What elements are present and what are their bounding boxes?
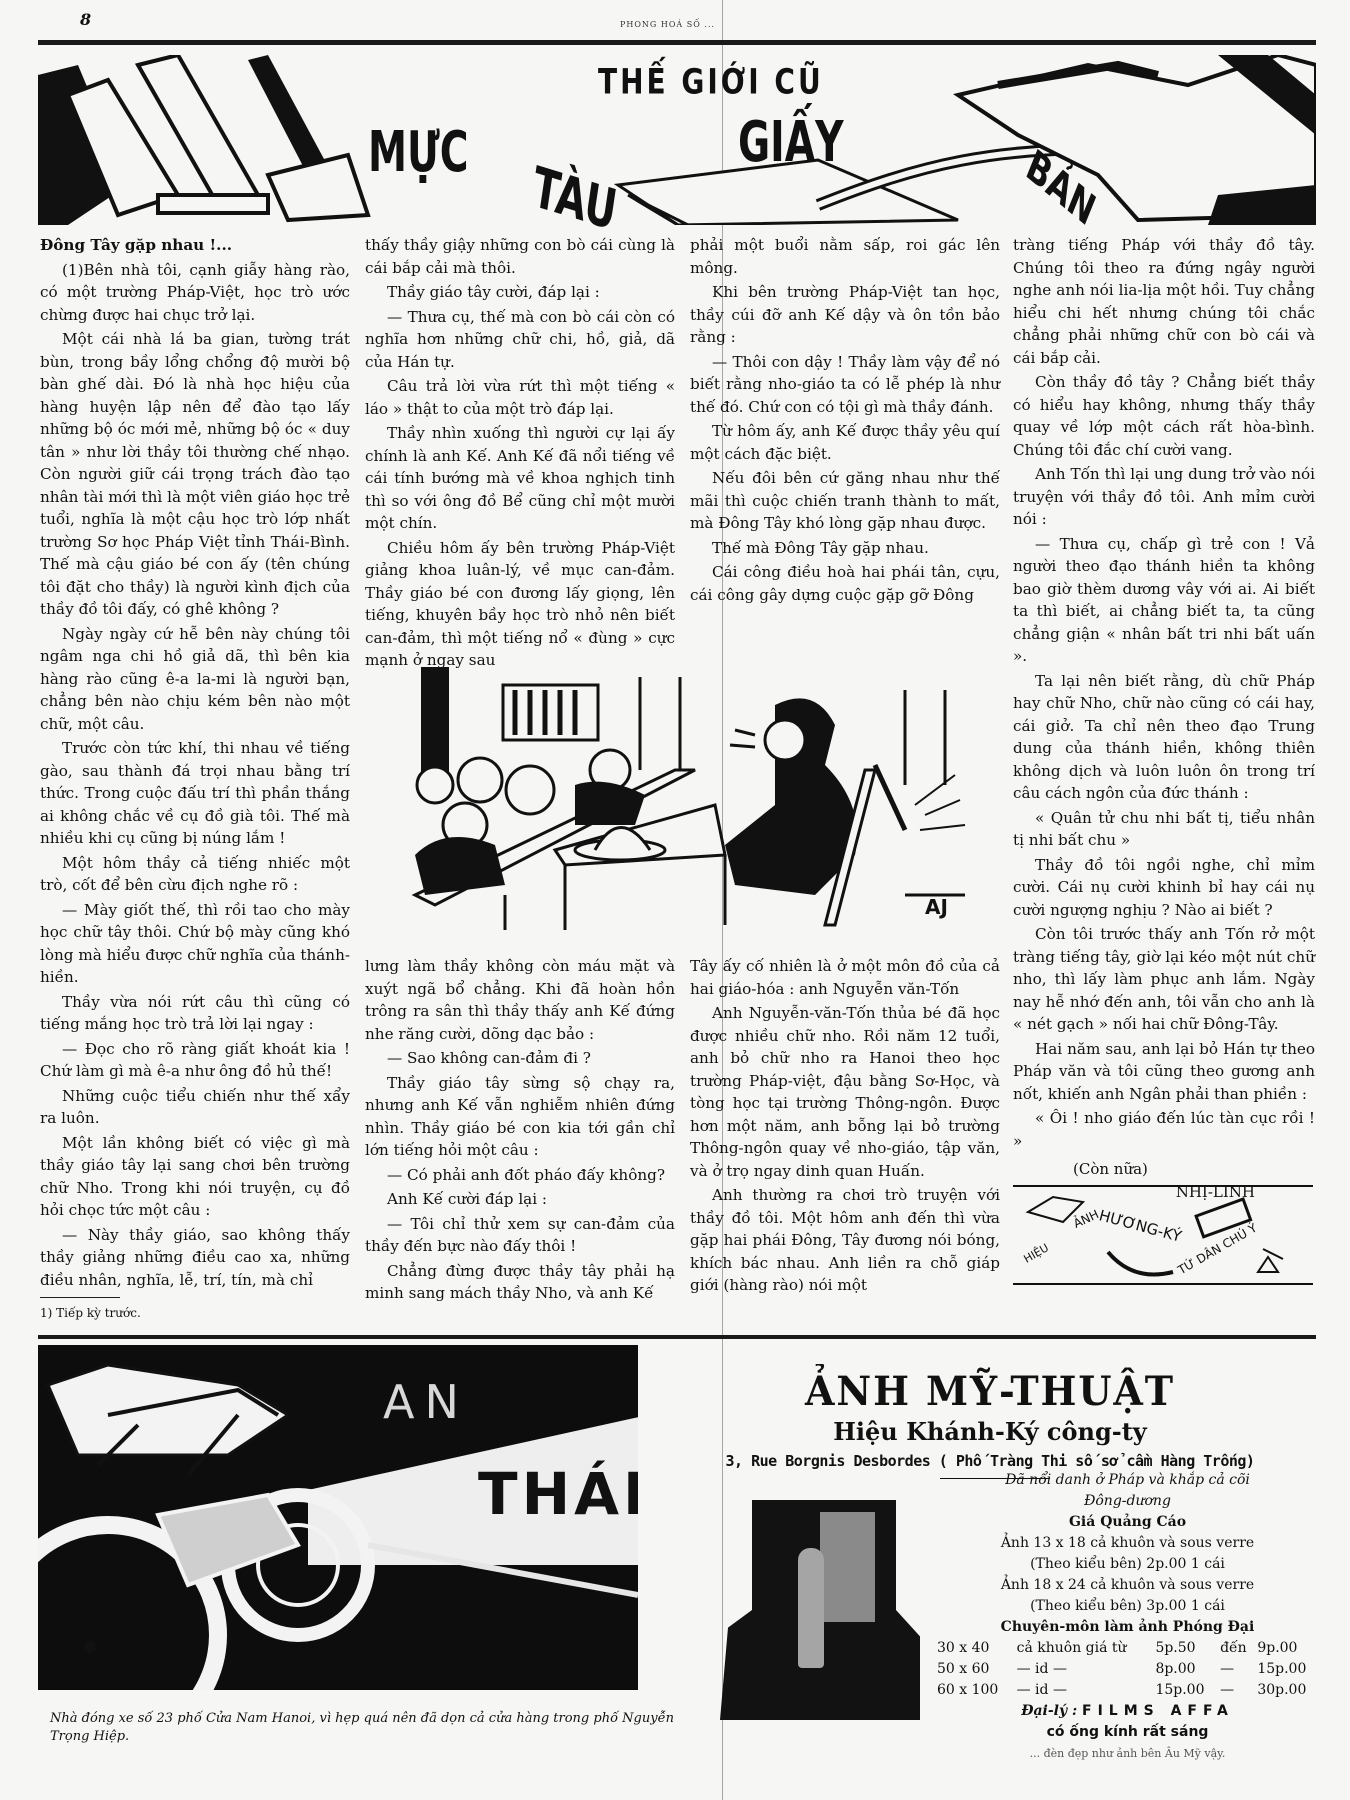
table-row: 60 x 100 — id — 15p.00 — 30p.00: [935, 1680, 1320, 1701]
agent-label: Đại-lý :: [1021, 1703, 1077, 1719]
size-cell: 60 x 100: [935, 1680, 1015, 1701]
studio-subtitle: Hiệu Khánh-Ký công-ty: [660, 1417, 1320, 1446]
running-head: PHONG HOÁ SỐ ...: [620, 20, 715, 29]
offer-2-line-2: (Theo kiểu bên) 3p.00 1 cái: [935, 1596, 1320, 1617]
enlargement-price-table: 30 x 40 cả khuôn giá từ 5p.50 đến 9p.00 …: [935, 1638, 1320, 1701]
classroom-cartoon: AJ: [395, 655, 995, 945]
paragraph: (1)Bên nhà tôi, cạnh giẫy hàng rào, có m…: [40, 259, 350, 327]
paragraph: Câu trả lời vừa rứt thì một tiếng « láo …: [365, 375, 675, 420]
paragraph: — Thưa cụ, thế mà con bò cái còn có nghĩ…: [365, 306, 675, 374]
article-column-2: thấy thầy giậy những con bò cái cùng là …: [365, 234, 675, 674]
paragraph: — Sao không can-đảm đi ?: [365, 1047, 675, 1070]
studio-pricing: Đã nổi danh ở Pháp và khắp cả cõi Đông-d…: [935, 1470, 1320, 1764]
footnote: 1) Tiếp kỳ trước.: [40, 1302, 350, 1325]
quotation: « Quân tử chu nhi bất tị, tiểu nhân tị n…: [1013, 807, 1315, 852]
paragraph: — Thưa cụ, chấp gì trẻ con ! Vả người th…: [1013, 533, 1315, 668]
studio-address: 3, Rue Borgnis Desbordes ( Phố Tràng Thi…: [660, 1452, 1320, 1470]
paragraph: Ta lại nên biết rằng, dù chữ Pháp hay ch…: [1013, 670, 1315, 805]
paragraph: Anh Tốn thì lại ung dung trở vào nói tru…: [1013, 463, 1315, 531]
paragraph: — Có phải anh đốt pháo đấy không?: [365, 1164, 675, 1187]
paragraph: — Tôi chỉ thử xem sự can-đảm của thầy đế…: [365, 1213, 675, 1258]
article-heading: Đông Tây gặp nhau !...: [40, 234, 350, 257]
ad-word-thai: THÁI: [478, 1460, 638, 1528]
paragraph: Một cái nhà lá ba gian, tường trát bùn, …: [40, 328, 350, 621]
agent-line: Đại-lý : FILMS AFFA: [935, 1701, 1320, 1722]
paragraph: — Này thầy giáo, sao không thấy thầy giả…: [40, 1224, 350, 1292]
article-column-4: tràng tiếng Pháp với thầy đồ tây. Chúng …: [1013, 234, 1315, 1203]
offer-1-line-1: Ảnh 13 x 18 cả khuôn và sous verre: [935, 1533, 1320, 1554]
paragraph: Thầy vừa nói rứt câu thì cũng có tiếng m…: [40, 991, 350, 1036]
top-rule: [38, 40, 1316, 45]
classroom-cartoon-illustration: [395, 655, 995, 945]
sample-portrait-photo: [720, 1500, 920, 1720]
section-divider: [38, 1335, 1316, 1339]
paragraph: Những cuộc tiểu chiến như thế xẩy ra luô…: [40, 1085, 350, 1130]
photo-window: [820, 1512, 875, 1622]
paragraph: Còn thầy đồ tây ? Chẳng biết thầy có hiể…: [1013, 371, 1315, 461]
agent-name: FILMS AFFA: [1082, 1703, 1234, 1719]
paragraph: Chiều hôm ấy bên trường Pháp-Việt giảng …: [365, 537, 675, 672]
paragraph: — Đọc cho rõ ràng giất khoát kia ! Chứ l…: [40, 1038, 350, 1083]
paragraph: Trước còn tức khí, thi nhau về tiếng gào…: [40, 737, 350, 850]
paragraph: Một hôm thầy cả tiếng nhiếc một trò, cốt…: [40, 852, 350, 897]
price-to-cell: 30p.00: [1255, 1680, 1320, 1701]
paragraph: Khi bên trường Pháp-Việt tan học, thầy c…: [690, 281, 1000, 349]
rickshaw-ad-caption: Nhà đóng xe số 23 phố Cửa Nam Hanoi, vì …: [50, 1710, 690, 1746]
desc-cell: — id —: [1015, 1680, 1154, 1701]
sep-cell: —: [1218, 1680, 1255, 1701]
footnote-divider: [40, 1297, 120, 1298]
paragraph: Thầy đồ tôi ngồi nghe, chỉ mỉm cười. Cái…: [1013, 854, 1315, 922]
tagline-region: Đông-dương: [935, 1491, 1320, 1512]
paragraph: Anh Kế cười đáp lại :: [365, 1188, 675, 1211]
table-row: 50 x 60 — id — 8p.00 — 15p.00: [935, 1659, 1320, 1680]
paragraph: — Mày giốt thế, thì rồi tao cho mày học …: [40, 899, 350, 989]
desc-cell: cả khuôn giá từ: [1015, 1638, 1154, 1659]
paragraph: Anh thường ra chơi trò truyện với thầy đ…: [690, 1184, 1000, 1297]
paragraph: Anh Nguyễn-văn-Tốn thủa bé đã học được n…: [690, 1002, 1000, 1182]
paragraph: Từ hôm ấy, anh Kế được thầy yêu quí một …: [690, 420, 1000, 465]
sep-cell: —: [1218, 1659, 1255, 1680]
cartoonist-signature: AJ: [925, 895, 948, 919]
faint-footer-line: ... đèn đẹp như ảnh bên Âu Mỹ vậy.: [935, 1743, 1320, 1764]
size-cell: 50 x 60: [935, 1659, 1015, 1680]
paragraph: Nếu đôi bên cứ găng nhau như thế mãi thì…: [690, 467, 1000, 535]
paragraph: Thầy nhìn xuống thì người cự lại ấy chín…: [365, 422, 675, 535]
huong-ky-photo-ad: HIỆU ẢNH HƯƠNG-KÝ TỨ DÂN CHÚ Ý: [1013, 1185, 1313, 1285]
paragraph: Thế mà Đông Tây gặp nhau.: [690, 537, 1000, 560]
banner-kicker: THẾ GIỚI CŨ: [598, 61, 824, 102]
photo-figure: [798, 1548, 824, 1668]
paragraph: Tây ấy cố nhiên là ở một môn đồ của cả h…: [690, 955, 1000, 1000]
article-column-3: phải một buổi nằm sấp, roi gác lên mông.…: [690, 234, 1000, 608]
price-to-cell: 15p.00: [1255, 1659, 1320, 1680]
paragraph: tràng tiếng Pháp với thầy đồ tây. Chúng …: [1013, 234, 1315, 369]
price-to-cell: 9p.00: [1255, 1638, 1320, 1659]
continued-note: (Còn nữa): [1073, 1158, 1255, 1181]
article-column-2-continued: lưng làm thầy không còn máu mặt và xuýt …: [365, 955, 675, 1307]
paragraph: lưng làm thầy không còn máu mặt và xuýt …: [365, 955, 675, 1045]
paragraph: Còn tôi trước thấy anh Tốn rở một tràng …: [1013, 923, 1315, 1036]
article-column-3-continued: Tây ấy cố nhiên là ở một môn đồ của cả h…: [690, 955, 1000, 1299]
quotation: « Ôi ! nho giáo đến lúc tàn cục rồi ! »: [1013, 1107, 1315, 1152]
banner-word-muc: MỰC: [368, 120, 469, 185]
offer-2-line-1: Ảnh 18 x 24 cả khuôn và sous verre: [935, 1575, 1320, 1596]
paragraph: — Thôi con dậy ! Thầy làm vậy để nó biết…: [690, 351, 1000, 419]
an-thai-rickshaw-ad: AN THÁI: [38, 1345, 638, 1690]
article-column-1: Đông Tây gặp nhau !... (1)Bên nhà tôi, c…: [40, 234, 350, 1327]
offer-1-line-2: (Theo kiểu bên) 2p.00 1 cái: [935, 1554, 1320, 1575]
price-from-cell: 5p.50: [1153, 1638, 1218, 1659]
size-cell: 30 x 40: [935, 1638, 1015, 1659]
paragraph: phải một buổi nằm sấp, roi gác lên mông.: [690, 234, 1000, 279]
sep-cell: đến: [1218, 1638, 1255, 1659]
page-number: 8: [80, 10, 91, 29]
paragraph: Cái công điều hoà hai phái tân, cựu, cái…: [690, 561, 1000, 606]
banner-word-giay: GIẤY: [738, 110, 843, 175]
enlargement-heading: Chuyên-môn làm ảnh Phóng Đại: [935, 1617, 1320, 1638]
tagline: Đã nổi danh ở Pháp và khắp cả cõi: [935, 1470, 1320, 1491]
price-heading: Giá Quảng Cáo: [935, 1512, 1320, 1533]
lens-note: có ống kính rất sáng: [935, 1722, 1320, 1743]
paragraph: thấy thầy giậy những con bò cái cùng là …: [365, 234, 675, 279]
paragraph: Ngày ngày cứ hễ bên này chúng tôi ngâm n…: [40, 623, 350, 736]
table-row: 30 x 40 cả khuôn giá từ 5p.50 đến 9p.00: [935, 1638, 1320, 1659]
price-from-cell: 8p.00: [1153, 1659, 1218, 1680]
paragraph: Thầy giáo tây sừng sộ chạy ra, nhưng anh…: [365, 1072, 675, 1162]
paragraph: Một lần không biết có việc gì mà thầy gi…: [40, 1132, 350, 1222]
paragraph: Thầy giáo tây cười, đáp lại :: [365, 281, 675, 304]
paragraph: Hai năm sau, anh lại bỏ Hán tự theo Pháp…: [1013, 1038, 1315, 1106]
paragraph: Chẳng đừng được thầy tây phải hạ minh sa…: [365, 1260, 675, 1305]
desc-cell: — id —: [1015, 1659, 1154, 1680]
anh-my-thuat-ad-header: ẢNH MỸ-THUẬT Hiệu Khánh-Ký công-ty 3, Ru…: [660, 1350, 1320, 1479]
price-from-cell: 15p.00: [1153, 1680, 1218, 1701]
ad-word-an: AN: [383, 1375, 469, 1429]
column-banner: THẾ GIỚI CŨ MỰC TÀU GIẤY BẢN: [38, 55, 1316, 225]
studio-title: ẢNH MỸ-THUẬT: [677, 1368, 1304, 1415]
